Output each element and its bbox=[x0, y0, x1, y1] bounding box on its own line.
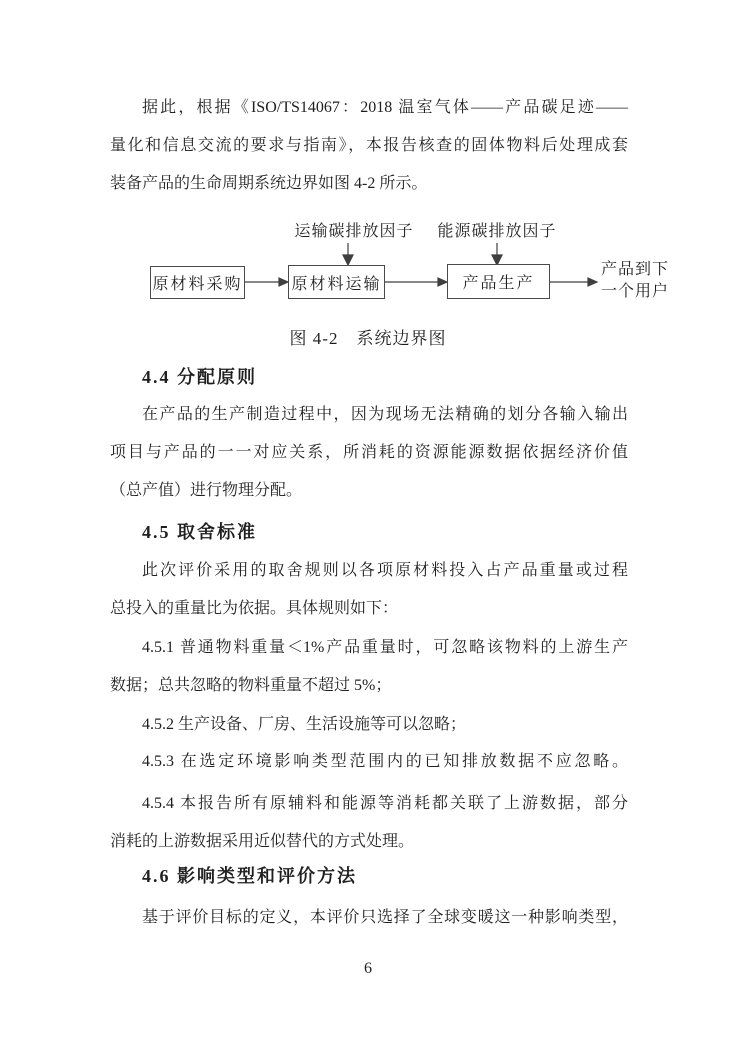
section-4-5-paragraph: 此次评价采用的取舍规则以各项原材料投入占产品重量或过程 总投入的重量比为依据。具… bbox=[110, 552, 628, 628]
section-heading-4-5: 4.5 取舍标准 bbox=[142, 513, 257, 551]
rule-item-4-5-3: 4.5.3 在选定环境影响类型范围内的已知排放数据不应忽略。 bbox=[110, 743, 628, 781]
paragraph-line: 此次评价采用的取舍规则以各项原材料投入占产品重量或过程 bbox=[110, 552, 628, 590]
factor-label-transport: 运输碳排放因子 bbox=[289, 222, 419, 242]
section-4-6-paragraph: 基于评价目标的定义，本评价只选择了全球变暖这一种影响类型， bbox=[110, 899, 628, 937]
paragraph-line: 4.5.4 本报告所有原辅料和能源等消耗都关联了上游数据，部分 bbox=[110, 785, 628, 823]
paragraph-line: 4.5.2 生产设备、厂房、生活设施等可以忽略； bbox=[110, 706, 628, 744]
paragraph-line: 消耗的上游数据采用近似替代的方式处理。 bbox=[110, 823, 628, 861]
paragraph-line: 基于评价目标的定义，本评价只选择了全球变暖这一种影响类型， bbox=[110, 899, 628, 937]
paragraph-line: 数据；总共忽略的物料重量不超过 5%； bbox=[110, 667, 628, 705]
paragraph-line: 在产品的生产制造过程中，因为现场无法精确的划分各输入输出 bbox=[110, 396, 628, 434]
section-4-4-paragraph: 在产品的生产制造过程中，因为现场无法精确的划分各输入输出 项目与产品的一一对应关… bbox=[110, 396, 628, 510]
page-number: 6 bbox=[0, 955, 736, 983]
paragraph-line: （总产值）进行物理分配。 bbox=[110, 472, 628, 510]
paragraph-line: 装备产品的生命周期系统边界如图 4-2 所示。 bbox=[110, 165, 628, 203]
system-boundary-figure: 运输碳排放因子 能源碳排放因子 原材料采购 原材料运输 产品生产 产品到下 一个… bbox=[0, 222, 736, 327]
paragraph-line: 项目与产品的一一对应关系，所消耗的资源能源数据依据经济价值 bbox=[110, 434, 628, 472]
process-box-procurement: 原材料采购 bbox=[150, 266, 245, 299]
rule-item-4-5-2: 4.5.2 生产设备、厂房、生活设施等可以忽略； bbox=[110, 706, 628, 744]
paragraph-line: 量化和信息交流的要求与指南》，本报告核查的固体物料后处理成套 bbox=[110, 127, 628, 165]
paragraph-line: 据此，根据《ISO/TS14067：2018 温室气体——产品碳足迹—— bbox=[110, 89, 628, 127]
rule-item-4-5-1: 4.5.1 普通物料重量＜1%产品重量时，可忽略该物料的上游生产 数据；总共忽略… bbox=[110, 629, 628, 705]
section-heading-4-4: 4.4 分配原则 bbox=[142, 358, 257, 396]
section-heading-4-6: 4.6 影响类型和评价方法 bbox=[142, 857, 357, 895]
paragraph-line: 4.5.3 在选定环境影响类型范围内的已知排放数据不应忽略。 bbox=[110, 743, 628, 781]
output-destination-label: 产品到下 一个用户 bbox=[601, 259, 669, 303]
document-page: 据此，根据《ISO/TS14067：2018 温室气体——产品碳足迹—— 量化和… bbox=[0, 0, 736, 1041]
rule-item-4-5-4: 4.5.4 本报告所有原辅料和能源等消耗都关联了上游数据，部分 消耗的上游数据采… bbox=[110, 785, 628, 861]
output-line: 一个用户 bbox=[601, 281, 669, 303]
intro-paragraph: 据此，根据《ISO/TS14067：2018 温室气体——产品碳足迹—— 量化和… bbox=[110, 89, 628, 203]
figure-caption: 图 4-2 系统边界图 bbox=[0, 326, 736, 352]
paragraph-line: 总投入的重量比为依据。具体规则如下： bbox=[110, 590, 628, 628]
factor-label-energy: 能源碳排放因子 bbox=[432, 222, 562, 242]
process-box-transport: 原材料运输 bbox=[288, 265, 385, 299]
output-line: 产品到下 bbox=[601, 259, 669, 281]
process-box-production: 产品生产 bbox=[447, 264, 550, 299]
paragraph-line: 4.5.1 普通物料重量＜1%产品重量时，可忽略该物料的上游生产 bbox=[110, 629, 628, 667]
